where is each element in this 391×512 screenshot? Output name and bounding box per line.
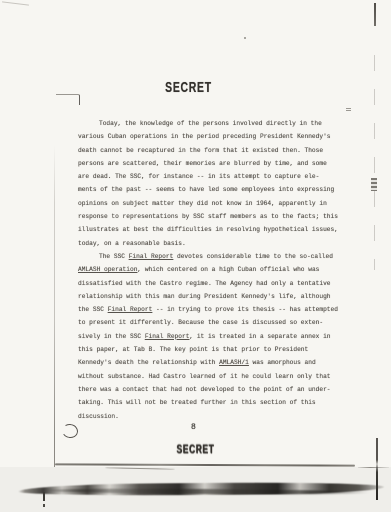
- document-line: Today, the knowledge of the persons invo…: [78, 117, 358, 130]
- document-line: to present it differently. Because the c…: [78, 316, 358, 329]
- document-line: this paper, at Tab B. The key point is t…: [78, 343, 358, 356]
- document-line: ments of the past -- seems to have led s…: [78, 183, 358, 196]
- document-line: today, on a reasonable basis.: [78, 237, 358, 250]
- document-line: relationship with this man during Presid…: [78, 290, 358, 303]
- page-number: 8: [191, 423, 196, 432]
- document-line: various Cuban operations in the period p…: [78, 130, 358, 143]
- document-line: discussion.: [78, 410, 358, 423]
- stray-exclamation-dot: [43, 504, 45, 507]
- document-line: taking. This will not be treated further…: [78, 396, 358, 409]
- stray-hook-mark: [56, 94, 80, 105]
- secret-stamp-bottom: SECRET: [55, 444, 337, 456]
- document-line: illustrates at best the difficulties in …: [78, 223, 358, 236]
- document-line: death cannot be recaptured in the form t…: [78, 144, 358, 157]
- page-edge-right-dark: [376, 438, 378, 500]
- document-body: Today, the knowledge of the persons invo…: [78, 117, 358, 423]
- scan-artifact-right-marks: [371, 178, 377, 191]
- page-edge-left: [54, 145, 55, 467]
- document-line: without substance. Had Castro learned of…: [78, 370, 358, 383]
- stray-exclamation-mark: [43, 492, 45, 501]
- document-line: response to representations by SSC staff…: [78, 210, 358, 223]
- scan-artifact-edge-dash: [374, 3, 376, 26]
- document-line: sively in the SSC Final Report, it is tr…: [78, 330, 358, 343]
- document-line: there was a contact that had not develop…: [78, 383, 358, 396]
- document-line: are dead. The SSC, for instance -- in it…: [78, 170, 358, 183]
- document-line: persons are scattered, their memories ar…: [78, 157, 358, 170]
- page-edge-bottom-dash: [358, 467, 389, 468]
- document-line: Kennedy's death the relationship with AM…: [78, 356, 358, 369]
- document-line: opinions on subject matter they did not …: [78, 197, 358, 210]
- document-line: the SSC Final Report -- in trying to pro…: [78, 303, 358, 316]
- scan-artifact-small-marks: [346, 108, 351, 111]
- scan-artifact-speck: [244, 37, 246, 39]
- document-line: dissatisfied with the Castro regime. The…: [78, 277, 358, 290]
- document-line: The SSC Final Report devotes considerabl…: [78, 250, 358, 263]
- secret-stamp-top: SECRET: [53, 80, 324, 96]
- document-line: AMLASH operation, which centered on a hi…: [78, 263, 358, 276]
- page-edge-right-faint: [374, 55, 375, 270]
- scanned-document-page: SECRET Today, the knowledge of the perso…: [0, 0, 391, 512]
